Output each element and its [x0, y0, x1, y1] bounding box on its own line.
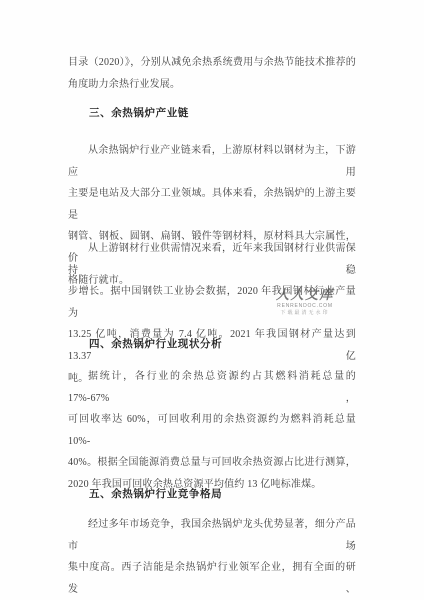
text-line: 40%。根据全国能源消费总量与可回收余热资源占比进行测算，	[68, 452, 356, 474]
text-line: 可回收率达 60%，可回收利用的余热资源约为燃料消耗总量 10%-	[68, 409, 356, 452]
text-line: 从上游钢材行业供需情况来看，近年来我国钢材行业供需保持稳	[68, 238, 356, 281]
section-heading-industry-chain: 三、余热锅炉产业链	[68, 103, 356, 125]
text-line: 角度助力余热行业发展。	[68, 74, 356, 96]
paragraph-competition: 经过多年市场竞争，我国余热锅炉龙头优势显著，细分产品市场 集中度高。西子洁能是余…	[68, 514, 356, 600]
paragraph-intro: 目录（2020）》，分别从减免余热系统费用与余热节能技术推荐的 角度助力余热行业…	[68, 52, 356, 95]
text-line: 主要是电站及大部分工业领域。具体来看，余热锅炉的上游主要是	[68, 183, 356, 226]
document-page: 目录（2020）》，分别从减免余热系统费用与余热节能技术推荐的 角度助力余热行业…	[0, 0, 424, 600]
text-line: 集中度高。西子洁能是余热锅炉行业领军企业，拥有全面的研发、	[68, 557, 356, 600]
text-line: 据统计，各行业的余热总资源约占其燃料消耗总量的 17%-67%，	[68, 366, 356, 409]
text-line: 从余热锅炉行业产业链来看，上游原材料以钢材为主，下游应用	[68, 140, 356, 183]
text-line: 目录（2020）》，分别从减免余热系统费用与余热节能技术推荐的	[68, 52, 356, 74]
section-heading-status-analysis: 四、余热锅炉行业现状分析	[68, 334, 356, 356]
section-heading-competition: 五、余热锅炉行业竞争格局	[68, 484, 356, 506]
paragraph-status-analysis: 据统计，各行业的余热总资源约占其燃料消耗总量的 17%-67%， 可回收率达 6…	[68, 366, 356, 496]
text-line: 经过多年市场竞争，我国余热锅炉龙头优势显著，细分产品市场	[68, 514, 356, 557]
heading-text: 四、余热锅炉行业现状分析	[68, 334, 356, 356]
heading-text: 三、余热锅炉产业链	[68, 103, 356, 125]
heading-text: 五、余热锅炉行业竞争格局	[68, 484, 356, 506]
text-line: 步增长。据中国钢铁工业协会数据，2020 年我国钢材行业产量为	[68, 281, 356, 324]
